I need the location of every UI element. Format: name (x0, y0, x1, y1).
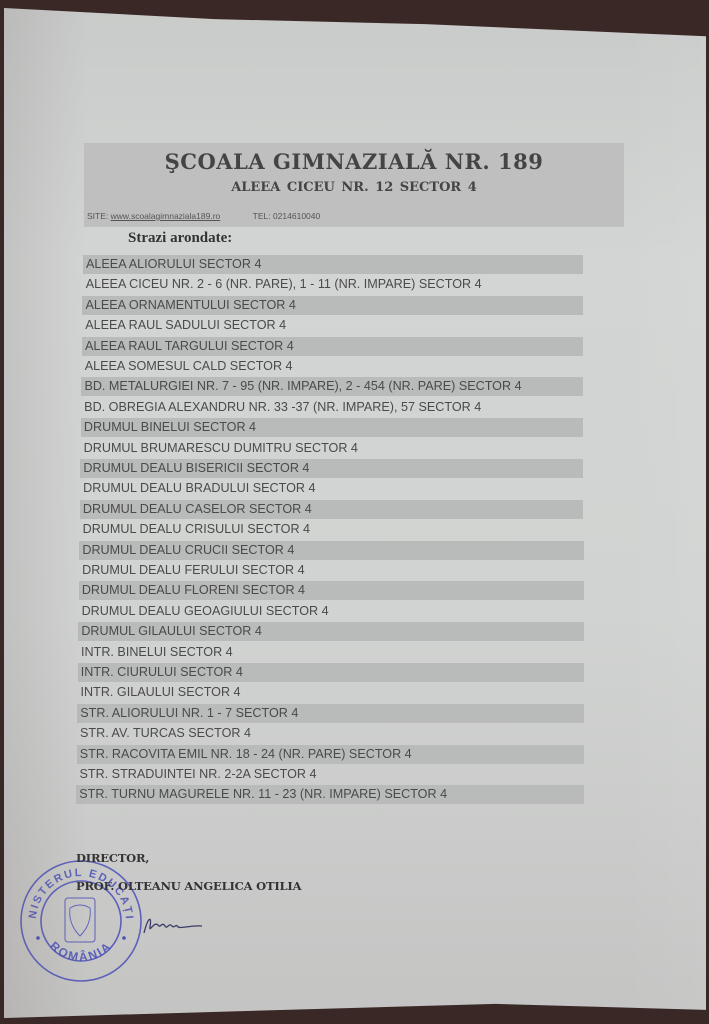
street-item: DRUMUL GILAULUI SECTOR 4 (78, 622, 583, 641)
street-item: INTR. GILAULUI SECTOR 4 (78, 683, 584, 702)
street-item: DRUMUL DEALU BISERICII SECTOR 4 (80, 459, 583, 478)
street-item: BD. METALURGIEI NR. 7 - 95 (NR. IMPARE),… (81, 377, 583, 396)
street-item: STR. AV. TURCAS SECTOR 4 (77, 724, 584, 743)
signature-block: DIRECTOR, PROF. OLTEANU ANGELICA OTILIA (76, 851, 301, 907)
site-link[interactable]: www.scoalagimnaziala189.ro (111, 211, 221, 221)
street-item: ALEEA ALIORULUI SECTOR 4 (83, 255, 583, 274)
street-item: STR. RACOVITA EMIL NR. 18 - 24 (NR. PARE… (77, 745, 584, 764)
street-item: STR. TURNU MAGURELE NR. 11 - 23 (NR. IMP… (76, 785, 584, 804)
school-address: ALEEA CICEU NR. 12 SECTOR 4 (84, 180, 624, 195)
street-item: DRUMUL DEALU CASELOR SECTOR 4 (80, 500, 584, 519)
street-item: ALEEA SOMESUL CALD SECTOR 4 (82, 357, 584, 376)
tel-label: TEL: (253, 211, 271, 221)
street-item: INTR. BINELUI SECTOR 4 (78, 643, 584, 662)
street-item: STR. STRADUINTEI NR. 2-2A SECTOR 4 (77, 765, 585, 784)
street-item: DRUMUL DEALU BRADULUI SECTOR 4 (80, 479, 583, 498)
street-item: ALEEA CICEU NR. 2 - 6 (NR. PARE), 1 - 11… (83, 275, 583, 294)
street-item: DRUMUL DEALU CRUCII SECTOR 4 (79, 541, 583, 560)
street-item: DRUMUL DEALU GEOAGIULUI SECTOR 4 (79, 602, 584, 621)
street-item: ALEEA RAUL SADULUI SECTOR 4 (82, 316, 583, 335)
street-item: ALEEA ORNAMENTULUI SECTOR 4 (82, 296, 583, 315)
signatory-role: DIRECTOR, (76, 851, 301, 865)
street-item: BD. OBREGIA ALEXANDRU NR. 33 -37 (NR. IM… (81, 398, 583, 417)
street-item: DRUMUL BINELUI SECTOR 4 (81, 418, 583, 437)
streets-heading: Strazi arondate: (128, 230, 232, 247)
document-page: ŞCOALA GIMNAZIALĂ NR. 189 ALEEA CICEU NR… (4, 8, 706, 1018)
tel-value: 0214610040 (273, 211, 320, 221)
school-name: ŞCOALA GIMNAZIALĂ NR. 189 (84, 149, 624, 174)
street-item: DRUMUL BRUMARESCU DUMITRU SECTOR 4 (81, 439, 584, 458)
street-item: DRUMUL DEALU CRISULUI SECTOR 4 (80, 520, 584, 539)
contact-line: SITE: www.scoalagimnaziala189.ro TEL: 02… (87, 211, 320, 221)
street-item: DRUMUL DEALU FLORENI SECTOR 4 (79, 581, 584, 600)
site-label: SITE: (87, 211, 108, 221)
street-item: DRUMUL DEALU FERULUI SECTOR 4 (79, 561, 584, 580)
handwritten-signature-icon (140, 913, 206, 937)
signatory-name: PROF. OLTEANU ANGELICA OTILIA (76, 879, 301, 893)
street-item: ALEEA RAUL TARGULUI SECTOR 4 (82, 337, 583, 356)
street-item: STR. ALIORULUI NR. 1 - 7 SECTOR 4 (77, 704, 584, 723)
street-item: INTR. CIURULUI SECTOR 4 (78, 663, 584, 682)
